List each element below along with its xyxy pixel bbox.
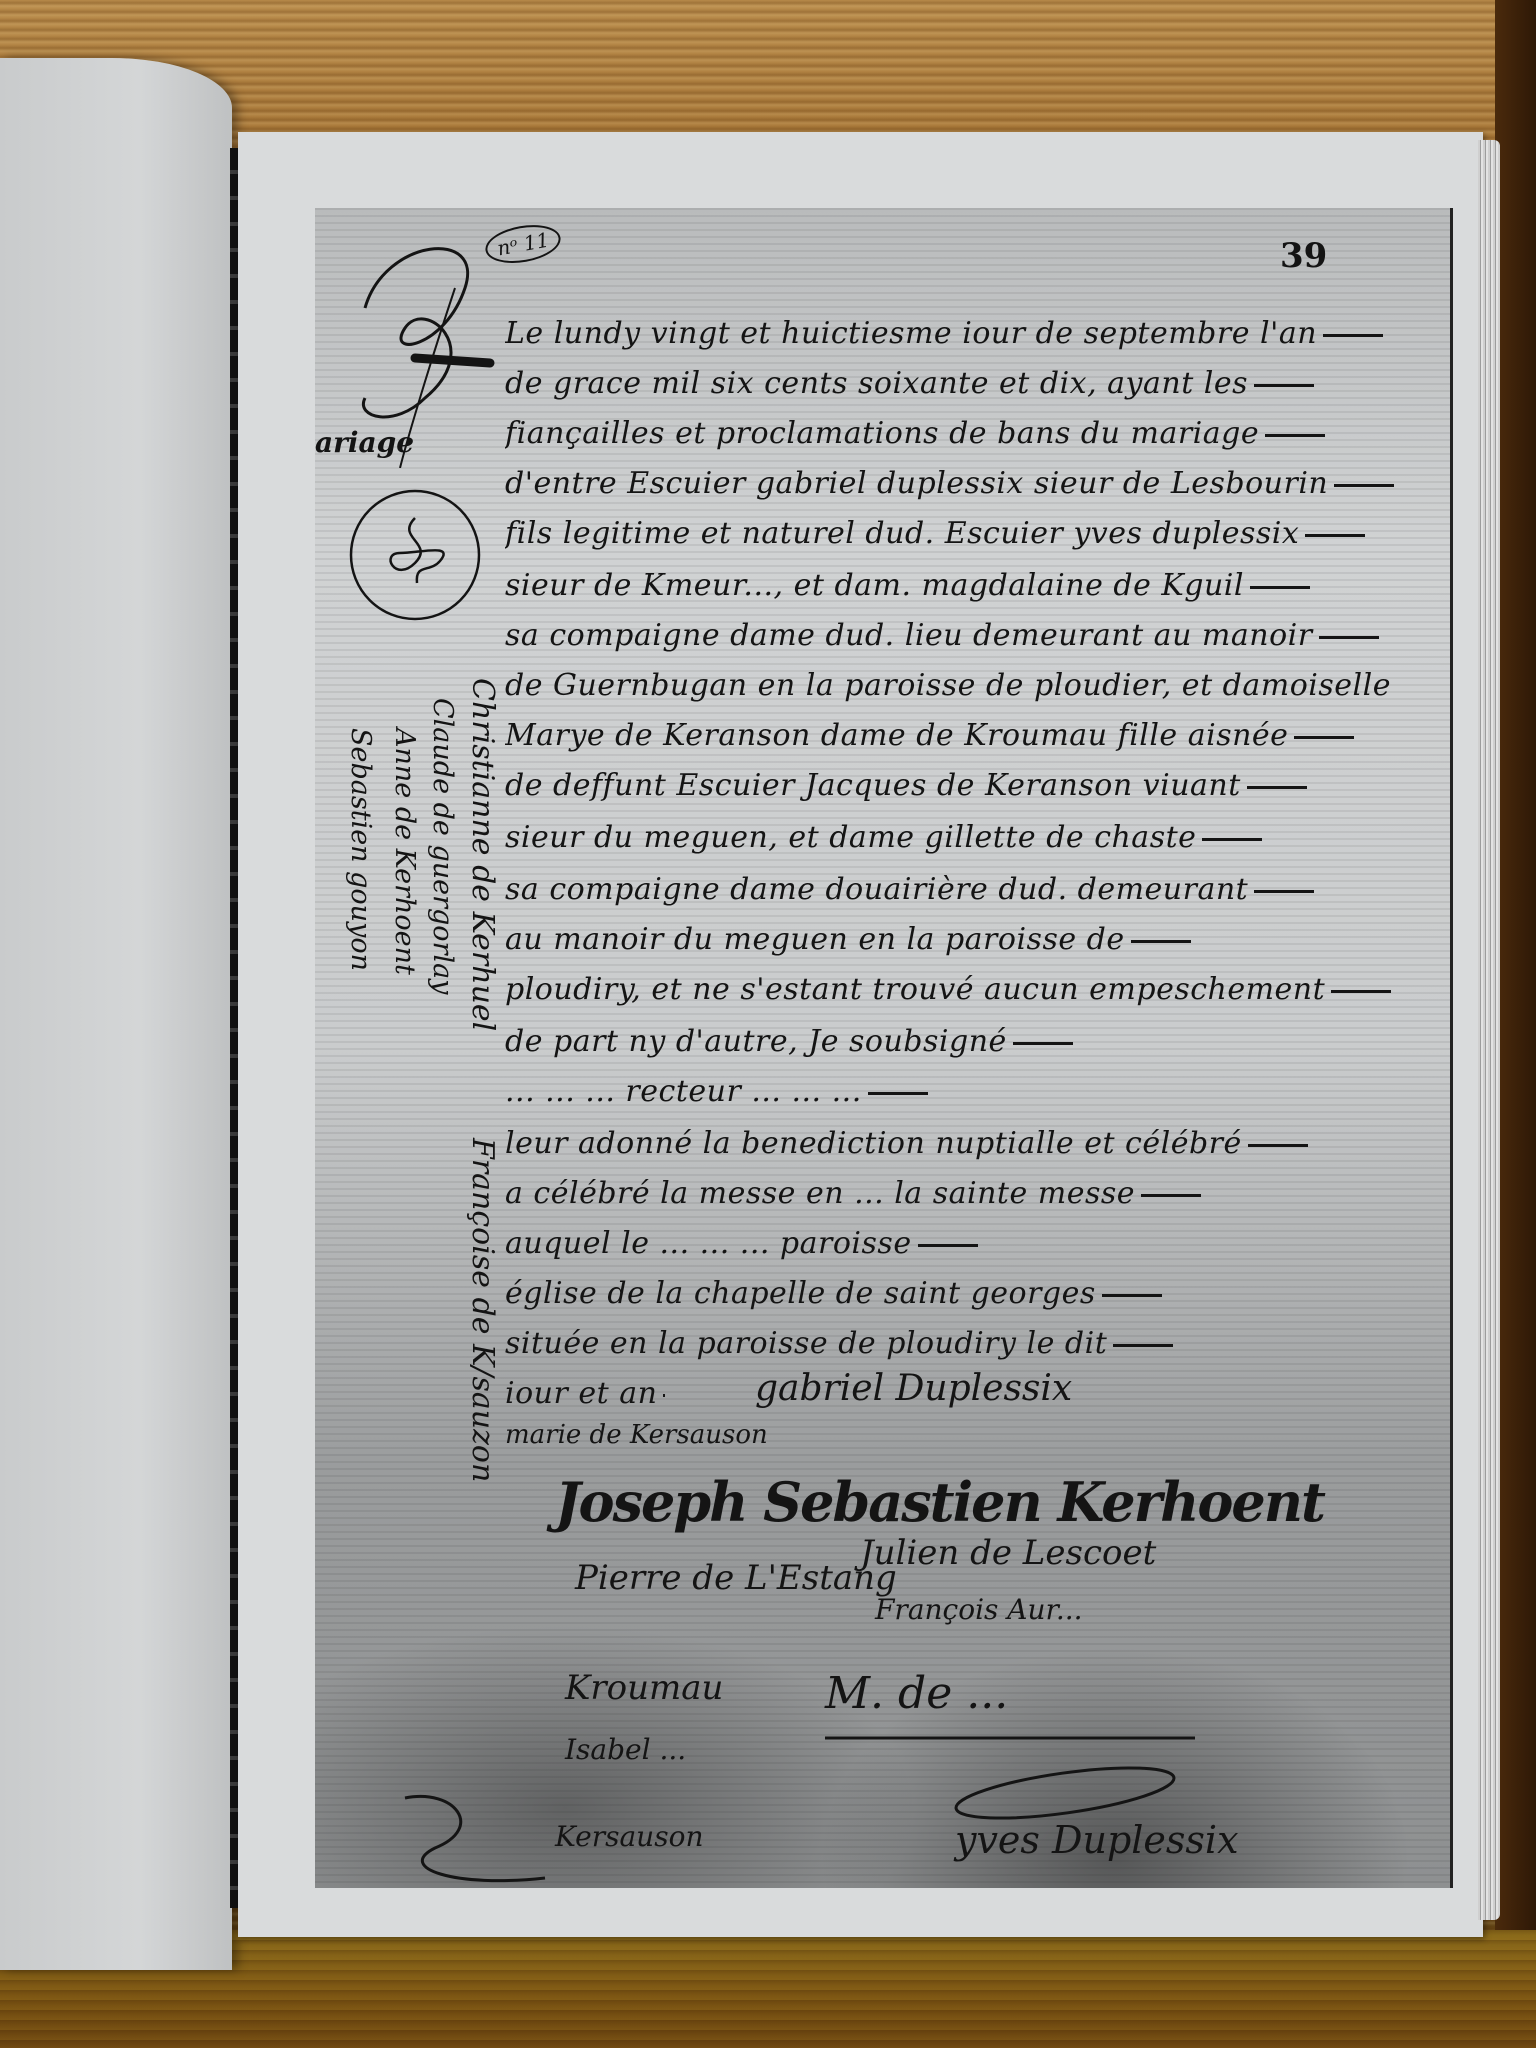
register-line-11: sieur du meguen, et dame gillette de cha…: [505, 820, 1395, 855]
desk-surface-right: [1495, 0, 1536, 2048]
register-line-13: au manoir du meguen en la paroisse de: [505, 922, 1395, 957]
signature-witness-4: François Aur...: [875, 1593, 1083, 1626]
register-line-2: de grace mil six cents soixante et dix, …: [505, 366, 1395, 401]
left-page-blank: [0, 58, 232, 1970]
register-line-10: de deffunt Escuier Jacques de Keranson v…: [505, 768, 1395, 803]
register-line-20: église de la chapelle de saint georges: [505, 1276, 1395, 1311]
signature-groom: gabriel Duplessix: [755, 1368, 1072, 1409]
signature-witness-1: Joseph Sebastien Kerhoent: [555, 1470, 1324, 1534]
signature-witness-8: Kersauson: [555, 1820, 703, 1853]
page-stack-edges: [1478, 140, 1500, 1920]
register-line-12: sa compaigne dame douairière dud. demeur…: [505, 872, 1395, 907]
margin-name-4: Sebastien gouyon: [345, 728, 376, 971]
margin-name-3: Anne de Kerhoent: [389, 728, 420, 975]
register-line-6: sieur de Kmeur..., et dam. magdalaine de…: [505, 568, 1395, 603]
signature-witness-5: Kroumau: [565, 1668, 723, 1708]
register-line-21: située en la paroisse de ploudiry le dit: [505, 1326, 1395, 1361]
register-line-7: sa compaigne dame dud. lieu demeurant au…: [505, 618, 1395, 653]
margin-name-2: Claude de guergorlay: [427, 698, 458, 994]
margin-signature-vertical: Françoise de K/sauzon: [465, 1138, 500, 1482]
register-line-19: auquel le ... ... ... paroisse: [505, 1226, 1395, 1261]
register-line-17: leur adonné la benediction nuptialle et …: [505, 1126, 1395, 1161]
register-line-22: iour et an: [505, 1376, 665, 1411]
register-page-number: 39: [1280, 236, 1327, 276]
register-photocopy: L nᵒ 11 39 ariage Christianne de Kerhuel…: [315, 208, 1453, 1888]
signature-underline-flourish-icon: [815, 1718, 1215, 1838]
signature-witness-3: Julien de Lescoet: [860, 1533, 1156, 1573]
register-line-18: a célébré la messe en ... la sainte mess…: [505, 1176, 1395, 1211]
signature-witness-6: M. de ...: [825, 1668, 1008, 1719]
register-line-15: de part ny d'autre, Je soubsigné: [505, 1024, 1395, 1059]
register-line-4: d'entre Escuier gabriel duplessix sieur …: [505, 466, 1395, 501]
signature-witness-7: Isabel ...: [565, 1733, 686, 1766]
signature-witness-2: Pierre de L'Estang: [575, 1558, 897, 1598]
paraph-circle-icon: [345, 483, 485, 623]
signature-bride: marie de Kersauson: [505, 1420, 768, 1450]
register-line-3: fiançailles et proclamations de bans du …: [505, 416, 1395, 451]
margin-heading: ariage: [315, 426, 414, 459]
register-line-16: ... ... ... recteur ... ... ...: [505, 1074, 1395, 1109]
register-line-8: de Guernbugan en la paroisse de ploudier…: [505, 668, 1395, 703]
register-line-9: Marye de Keranson dame de Kroumau fille …: [505, 718, 1395, 753]
register-line-5: fils legitime et naturel dud. Escuier yv…: [505, 516, 1395, 551]
register-line-14: ploudiry, et ne s'estant trouvé aucun em…: [505, 972, 1395, 1007]
signature-paraph-icon: [395, 1788, 555, 1888]
margin-name-1: Christianne de Kerhuel: [465, 678, 500, 1031]
register-line-1: Le lundy vingt et huictiesme iour de sep…: [505, 316, 1395, 351]
